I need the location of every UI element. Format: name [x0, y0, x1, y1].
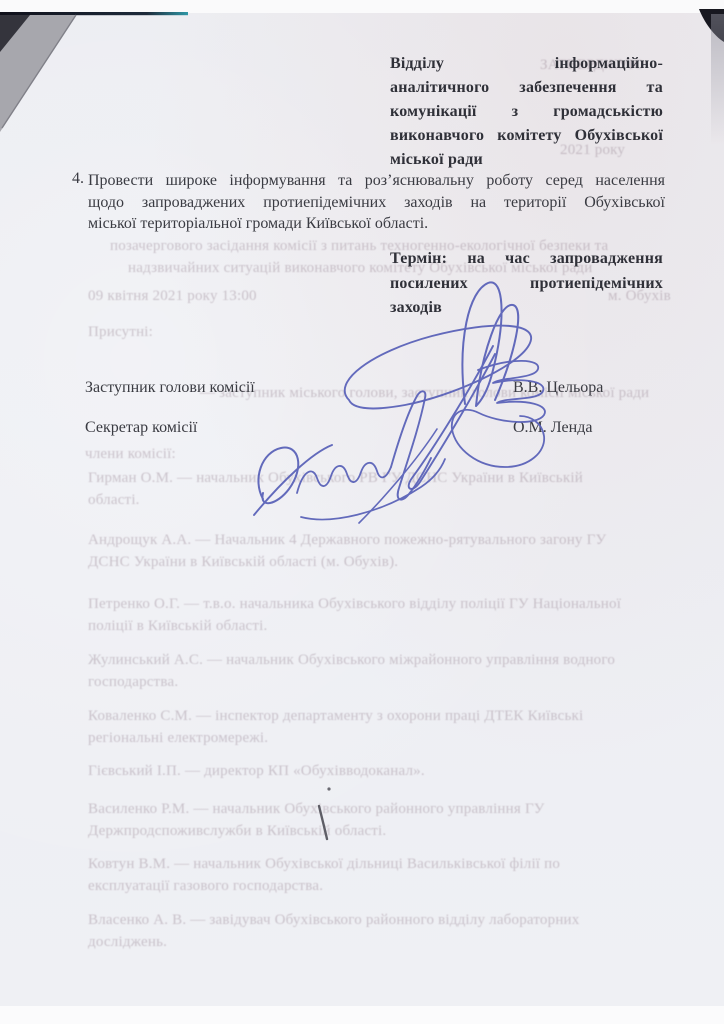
- item-4-line: Провести широке інформування та роз’ясню…: [88, 170, 665, 192]
- recipient-line: аналітичного забезпечення та: [390, 76, 663, 100]
- term-line: Термін: на час запровадження: [390, 247, 663, 272]
- item-4-paragraph: Провести широке інформування та роз’ясню…: [88, 170, 665, 235]
- item-4-line: щодо запроваджених протиепідемічних захо…: [88, 192, 665, 214]
- recipient-line: виконавчого комітету Обухівської: [390, 124, 663, 148]
- recipient-block: Відділу інформаційно- аналітичного забез…: [390, 52, 663, 172]
- printed-text-layer: Відділу інформаційно- аналітичного забез…: [0, 0, 724, 1024]
- signatory-name-tselora: В.В. Цельора: [513, 379, 603, 397]
- signatory-role-deputy-head: Заступник голови комісії: [85, 379, 255, 397]
- item-4-line: міської територіальної громади Київської…: [88, 213, 665, 235]
- item-number: 4.: [72, 170, 84, 188]
- signatory-role-secretary: Секретар комісії: [85, 419, 197, 437]
- term-line: посилених протиепідемічних: [390, 272, 663, 297]
- recipient-line: Відділу інформаційно-: [390, 52, 663, 76]
- signatory-name-lenda: О.М. Ленда: [513, 419, 592, 437]
- scanned-document: ЗАТВЕРДЖУЮ2021 рокупозачергового засідан…: [0, 0, 724, 1024]
- term-line: заходів: [390, 296, 663, 321]
- recipient-line: міської ради: [390, 148, 663, 172]
- recipient-line: комунікації з громадськістю: [390, 100, 663, 124]
- term-block: Термін: на час запровадження посилених п…: [390, 247, 663, 321]
